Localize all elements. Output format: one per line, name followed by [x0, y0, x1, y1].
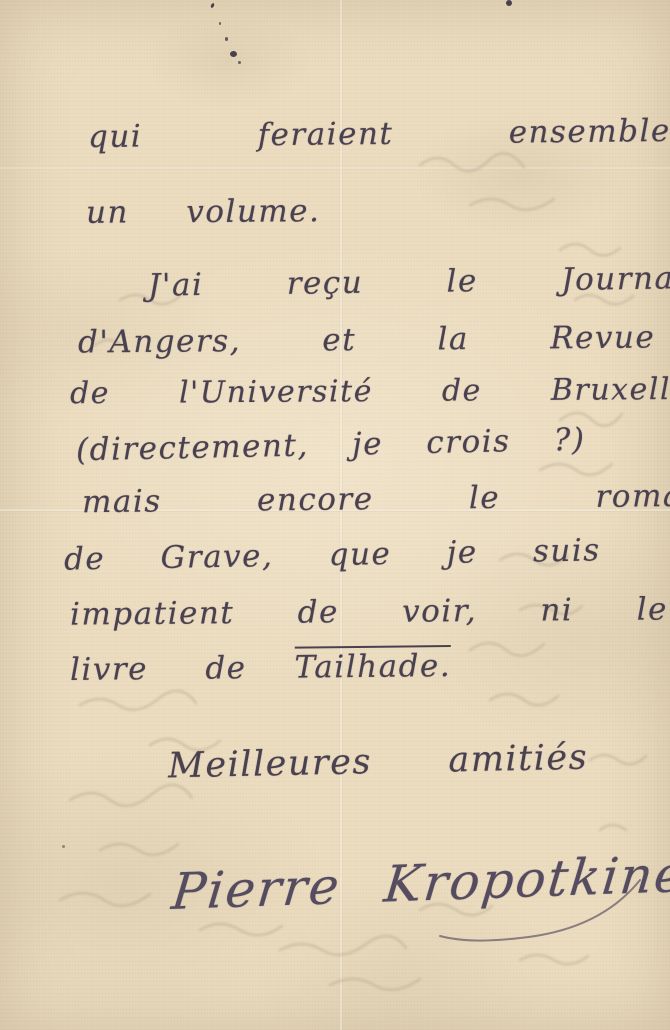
signature-flourish	[0, 0, 670, 1030]
letter-page: qui feraient ensemble un volume. J'ai re…	[0, 0, 670, 1030]
